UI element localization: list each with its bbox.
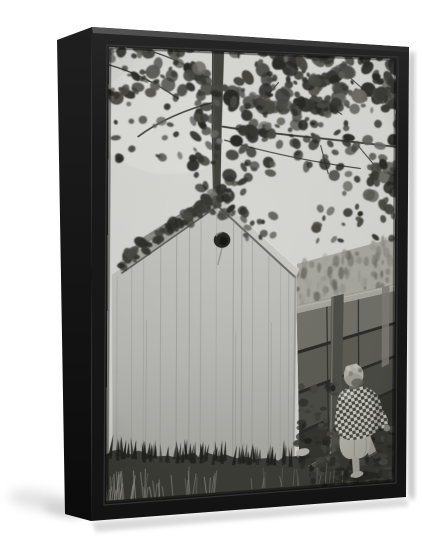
framed-photo-mockup	[0, 0, 422, 550]
vignette	[106, 47, 396, 503]
shadow-right-core	[409, 58, 412, 494]
frame-left-side-face	[57, 27, 92, 521]
photo-scene	[106, 47, 396, 503]
photograph	[106, 47, 396, 503]
